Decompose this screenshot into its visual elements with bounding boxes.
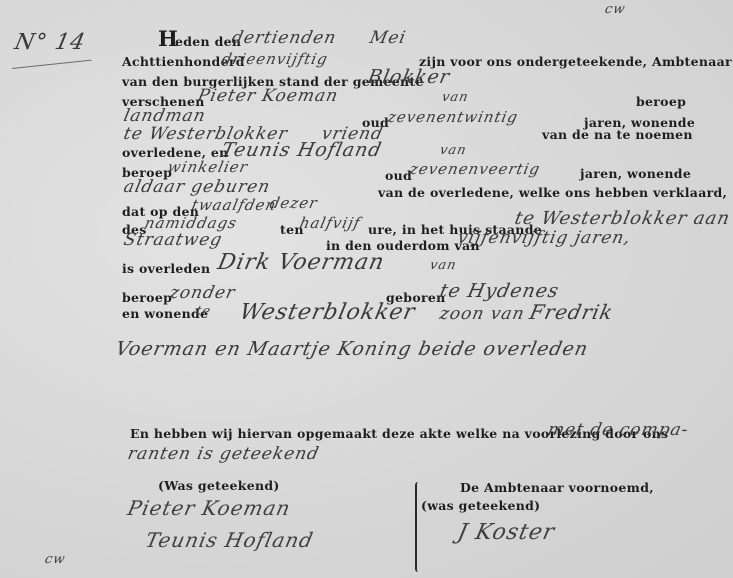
death-day: twaalfden [190,196,278,214]
year-handwritten: drieenvijftig [220,50,330,68]
record-underline [12,60,92,69]
place-of-death: te Westerblokker aan den [513,208,733,229]
deceased-van: van [428,258,458,273]
signature-official: J Koster [455,520,557,545]
document-scan: N° 14 cw cw H eden den dertienden Mei Ac… [0,0,733,578]
declarant2-van: van [438,143,468,158]
jaren-wonende-2: jaren, wonende [580,166,691,181]
is-overleden: is overleden [122,261,210,276]
zijn-voor-ons: zijn voor ons ondergeteekende, Ambtenaar [419,54,732,69]
age-deceased: vijfenvijftig jaren, [456,228,633,248]
signature-declarant1: Pieter Koeman [125,496,293,520]
hour: halfvijf [298,214,362,232]
addendum-line2: ranten is geteekend [126,444,321,464]
declarant1-occupation: landman [122,106,208,126]
declarant2-age: zevenenveertig [408,160,542,178]
declarant1-van: van [440,90,470,105]
parents-line: Voerman en Maartje Koning beide overlede… [114,338,591,360]
signature-brace [415,482,423,572]
van-de-na-te-noemen: van de na te noemen [542,127,693,142]
declarant1-name: Pieter Koeman [196,86,340,106]
month-handwritten: Mei [368,28,408,48]
van-de-overledene: van de overledene, welke ons hebben verk… [378,185,727,200]
signature-declarant2: Teunis Hofland [143,528,315,552]
declarant2-occupation: winkelier [166,158,250,176]
corner-mark-bottom: cw [43,552,67,567]
death-month: dezer [268,194,319,212]
beroep-1: beroep [636,94,686,109]
declarant2-relation: aldaar geburen [122,177,272,197]
record-number: N° 14 [12,30,88,55]
deceased-occupation: zonder [168,283,237,303]
father-name: Fredrik [527,300,615,324]
addendum-line1: met de compa- [546,420,691,440]
day-handwritten: dertienden [230,28,339,48]
was-geteekend-right: (was geteekend) [421,498,540,513]
municipality-handwritten: Blokker [366,66,453,88]
birthplace: te Hydenes [438,280,562,302]
ambtenaar-voornoemd: De Ambtenaar voornoemd, [460,480,654,495]
corner-mark-top: cw [603,2,627,17]
beroep-3: beroep [122,290,172,305]
was-geteekend-left: (Was geteekend) [158,478,280,493]
residence-te: te [194,304,212,319]
son-of: zoon van [438,304,527,324]
declarant1-age: zevenentwintig [386,108,520,126]
deceased-name: Dirk Voerman [215,250,387,275]
residence: Westerblokker [237,300,417,325]
place-of-death-cont: Straatweg [122,230,224,250]
